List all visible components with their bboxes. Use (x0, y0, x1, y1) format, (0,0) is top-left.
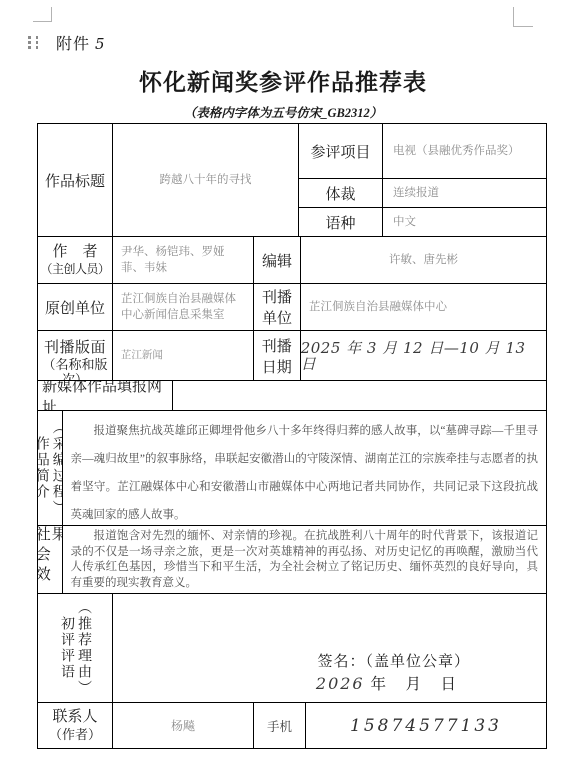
signature-date-rest: 年 月 日 (365, 676, 458, 693)
publish-page-value[interactable]: 芷江新闻 (113, 331, 254, 381)
table-move-handle-icon[interactable] (28, 36, 41, 49)
document-page: 附件 5 怀化新闻奖参评作品推荐表 （表格内字体为五号仿宋_GB2312） 作品… (0, 0, 566, 766)
contact-label-cell: 联系人 （作者） (38, 703, 113, 749)
intro-value-cell[interactable]: 报道聚焦抗战英雄邱正卿埋骨他乡八十多年终得归葬的感人故事，以“墓碑寻踪—千里寻亲… (63, 411, 547, 526)
original-unit-label: 原创单位 (38, 284, 113, 331)
social-effect-value-cell[interactable]: 报道饱含对先烈的缅怀、对亲情的珍视。在抗战胜利八十周年的时代背景下，该报道记录的… (63, 526, 548, 594)
genre-value[interactable]: 连续报道 (383, 179, 547, 208)
initial-review-label-cell: 初评评语 （推荐理由） (38, 594, 113, 703)
intro-label: 作品简介 （采编过程） (38, 420, 63, 516)
row-contact: 联系人 （作者） 杨飚 手机 15874577133 (38, 703, 547, 749)
original-unit-value[interactable]: 芷江侗族自治县融媒体中心新闻信息采集室 (113, 284, 254, 331)
social-effect-value: 报道饱含对先烈的缅怀、对亲情的珍视。在抗战胜利八十周年的时代背景下，该报道记录的… (63, 526, 547, 591)
mobile-value[interactable]: 15874577133 (306, 703, 547, 749)
contact-value[interactable]: 杨飚 (113, 703, 254, 749)
publish-unit-value[interactable]: 芷江侗族自治县融媒体中心 (301, 284, 547, 331)
row-social-effect: 社会效果 报道饱含对先烈的缅怀、对亲情的珍视。在抗战胜利八十周年的时代背景下，该… (38, 526, 547, 594)
row-units: 原创单位 芷江侗族自治县融媒体中心新闻信息采集室 刊播 单位 芷江侗族自治县融媒… (38, 284, 547, 331)
row-author-editor: 作 者 （主创人员） 尹华、杨铠玮、罗娅菲、韦妹 编辑 许敏、唐先彬 (38, 237, 547, 284)
row-intro: 作品简介 （采编过程） 报道聚焦抗战英雄邱正卿埋骨他乡八十多年终得归葬的感人故事… (38, 411, 547, 526)
intro-value: 报道聚焦抗战英雄邱正卿埋骨他乡八十多年终得归葬的感人故事，以“墓碑寻踪—千里寻亲… (63, 411, 546, 526)
page-subtitle: （表格内字体为五号仿宋_GB2312） (0, 103, 566, 121)
page-margin-corner-left (33, 7, 52, 22)
signature-date-year: 2026 (316, 674, 365, 693)
signature-line: 签名：（盖单位公章） (317, 651, 470, 673)
author-value[interactable]: 尹华、杨铠玮、罗娅菲、韦妹 (113, 237, 254, 284)
intro-label-cell: 作品简介 （采编过程） (38, 411, 63, 526)
entry-info-block: 参评项目 电视（县融优秀作品奖） 体裁 连续报道 语种 中文 (299, 124, 547, 237)
publish-date-label: 刊播 日期 (254, 331, 301, 381)
row-new-media-url: 新媒体作品填报网址 (38, 381, 547, 411)
row-initial-review: 初评评语 （推荐理由） 签名：（盖单位公章） 2026 年 月 日 (38, 594, 547, 703)
author-label-cell: 作 者 （主创人员） (38, 237, 113, 284)
author-label-sub: （主创人员） (40, 262, 109, 277)
attachment-label: 附件 5 (56, 31, 106, 54)
editor-label: 编辑 (254, 237, 301, 284)
language-label: 语种 (299, 208, 383, 237)
publish-page-label-cell: 刊播版面 （名称和版次） (38, 331, 113, 381)
editor-value[interactable]: 许敏、唐先彬 (301, 237, 547, 284)
page-margin-corner-right (513, 7, 533, 27)
new-media-url-label: 新媒体作品填报网址 (38, 381, 173, 411)
new-media-url-value[interactable] (173, 381, 547, 411)
genre-label: 体裁 (299, 179, 383, 208)
mobile-label: 手机 (254, 703, 306, 749)
contact-label: 联系人 (52, 708, 97, 727)
page-title: 怀化新闻奖参评作品推荐表 (0, 64, 566, 97)
entry-item-value[interactable]: 电视（县融优秀作品奖） (383, 124, 547, 179)
entry-item-label: 参评项目 (299, 124, 383, 179)
row-publish-info: 刊播版面 （名称和版次） 芷江新闻 刊播 日期 2025 年 3 月 12 日—… (38, 331, 547, 381)
social-effect-label-cell: 社会效果 (38, 526, 63, 594)
language-value[interactable]: 中文 (383, 208, 547, 237)
attachment-text: 附件 (56, 36, 90, 53)
signature-date-line: 2026 年 月 日 (316, 673, 458, 696)
row-work-title: 作品标题 跨越八十年的寻找 参评项目 电视（县融优秀作品奖） 体裁 连续报道 语… (38, 124, 547, 237)
initial-review-value-cell[interactable]: 签名：（盖单位公章） 2026 年 月 日 (113, 594, 547, 703)
recommendation-form-table: 作品标题 跨越八十年的寻找 参评项目 电视（县融优秀作品奖） 体裁 连续报道 语… (37, 123, 547, 749)
publish-date-value[interactable]: 2025 年 3 月 12 日—10 月 13 日 (301, 331, 547, 381)
publish-page-label-sub: （名称和版次） (38, 357, 112, 381)
initial-review-label: 初评评语 （推荐理由） (58, 600, 92, 696)
author-label: 作 者 (52, 243, 97, 262)
work-title-value[interactable]: 跨越八十年的寻找 (113, 124, 299, 237)
work-title-label: 作品标题 (38, 124, 113, 237)
attachment-number: 5 (95, 35, 106, 53)
publish-unit-label: 刊播 单位 (254, 284, 301, 331)
publish-page-label: 刊播版面 (44, 336, 106, 357)
social-effect-label: 社会效果 (38, 526, 63, 593)
contact-label-sub: （作者） (49, 727, 101, 743)
